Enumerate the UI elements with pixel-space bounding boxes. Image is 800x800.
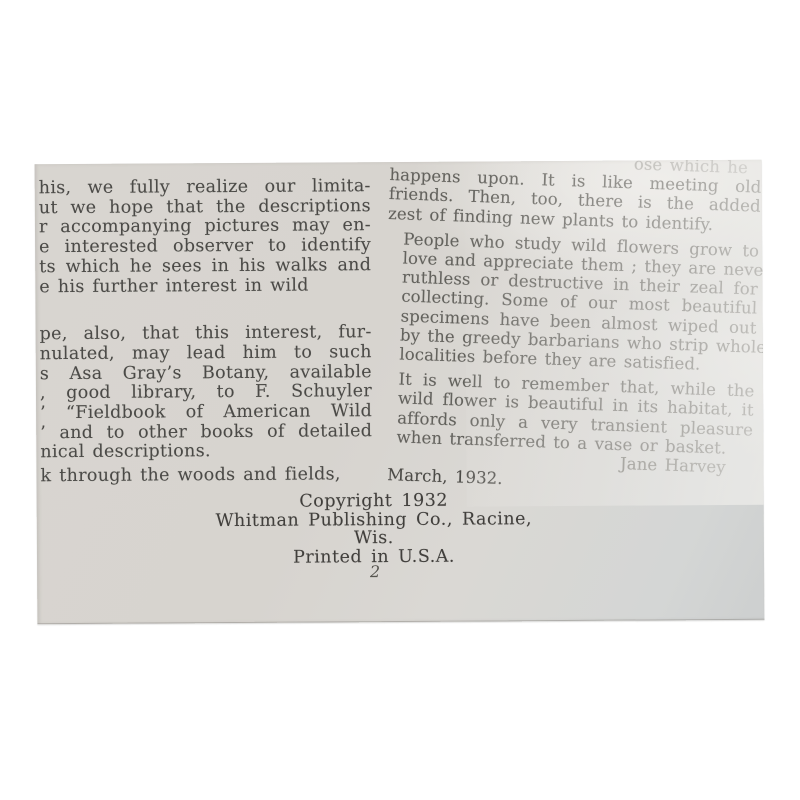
page-number: 2 [367,562,383,581]
paragraph: his, we fully realize our limita- ut we … [39,177,372,297]
paragraph: pe, also, that this interest, fur- nulat… [40,323,373,463]
text-line: e his further interest in wild [39,276,371,298]
paragraph: It is well to remember that, while the w… [380,369,754,458]
paragraph: k through the woods and fields, [40,465,372,487]
text-line: nical descriptions. [40,442,372,464]
photo-background: his, we fully realize our limita- ut we … [0,0,800,800]
text-line: ts which he sees in his walks and [39,256,371,278]
right-text-column: ose which he happens upon. It is like me… [379,160,762,497]
book-page-photo: his, we fully realize our limita- ut we … [35,160,765,624]
paragraph: People who study wild flowers grow to lo… [383,229,759,376]
left-text-column: his, we fully realize our limita- ut we … [39,177,373,487]
text-line: ’ and to other books of detailed [40,422,372,444]
text-line: k through the woods and fields, [40,465,372,487]
imprint-block: Copyright 1932 Whitman Publishing Co., R… [194,491,554,568]
publisher-line: Whitman Publishing Co., Racine, Wis. [194,510,554,549]
